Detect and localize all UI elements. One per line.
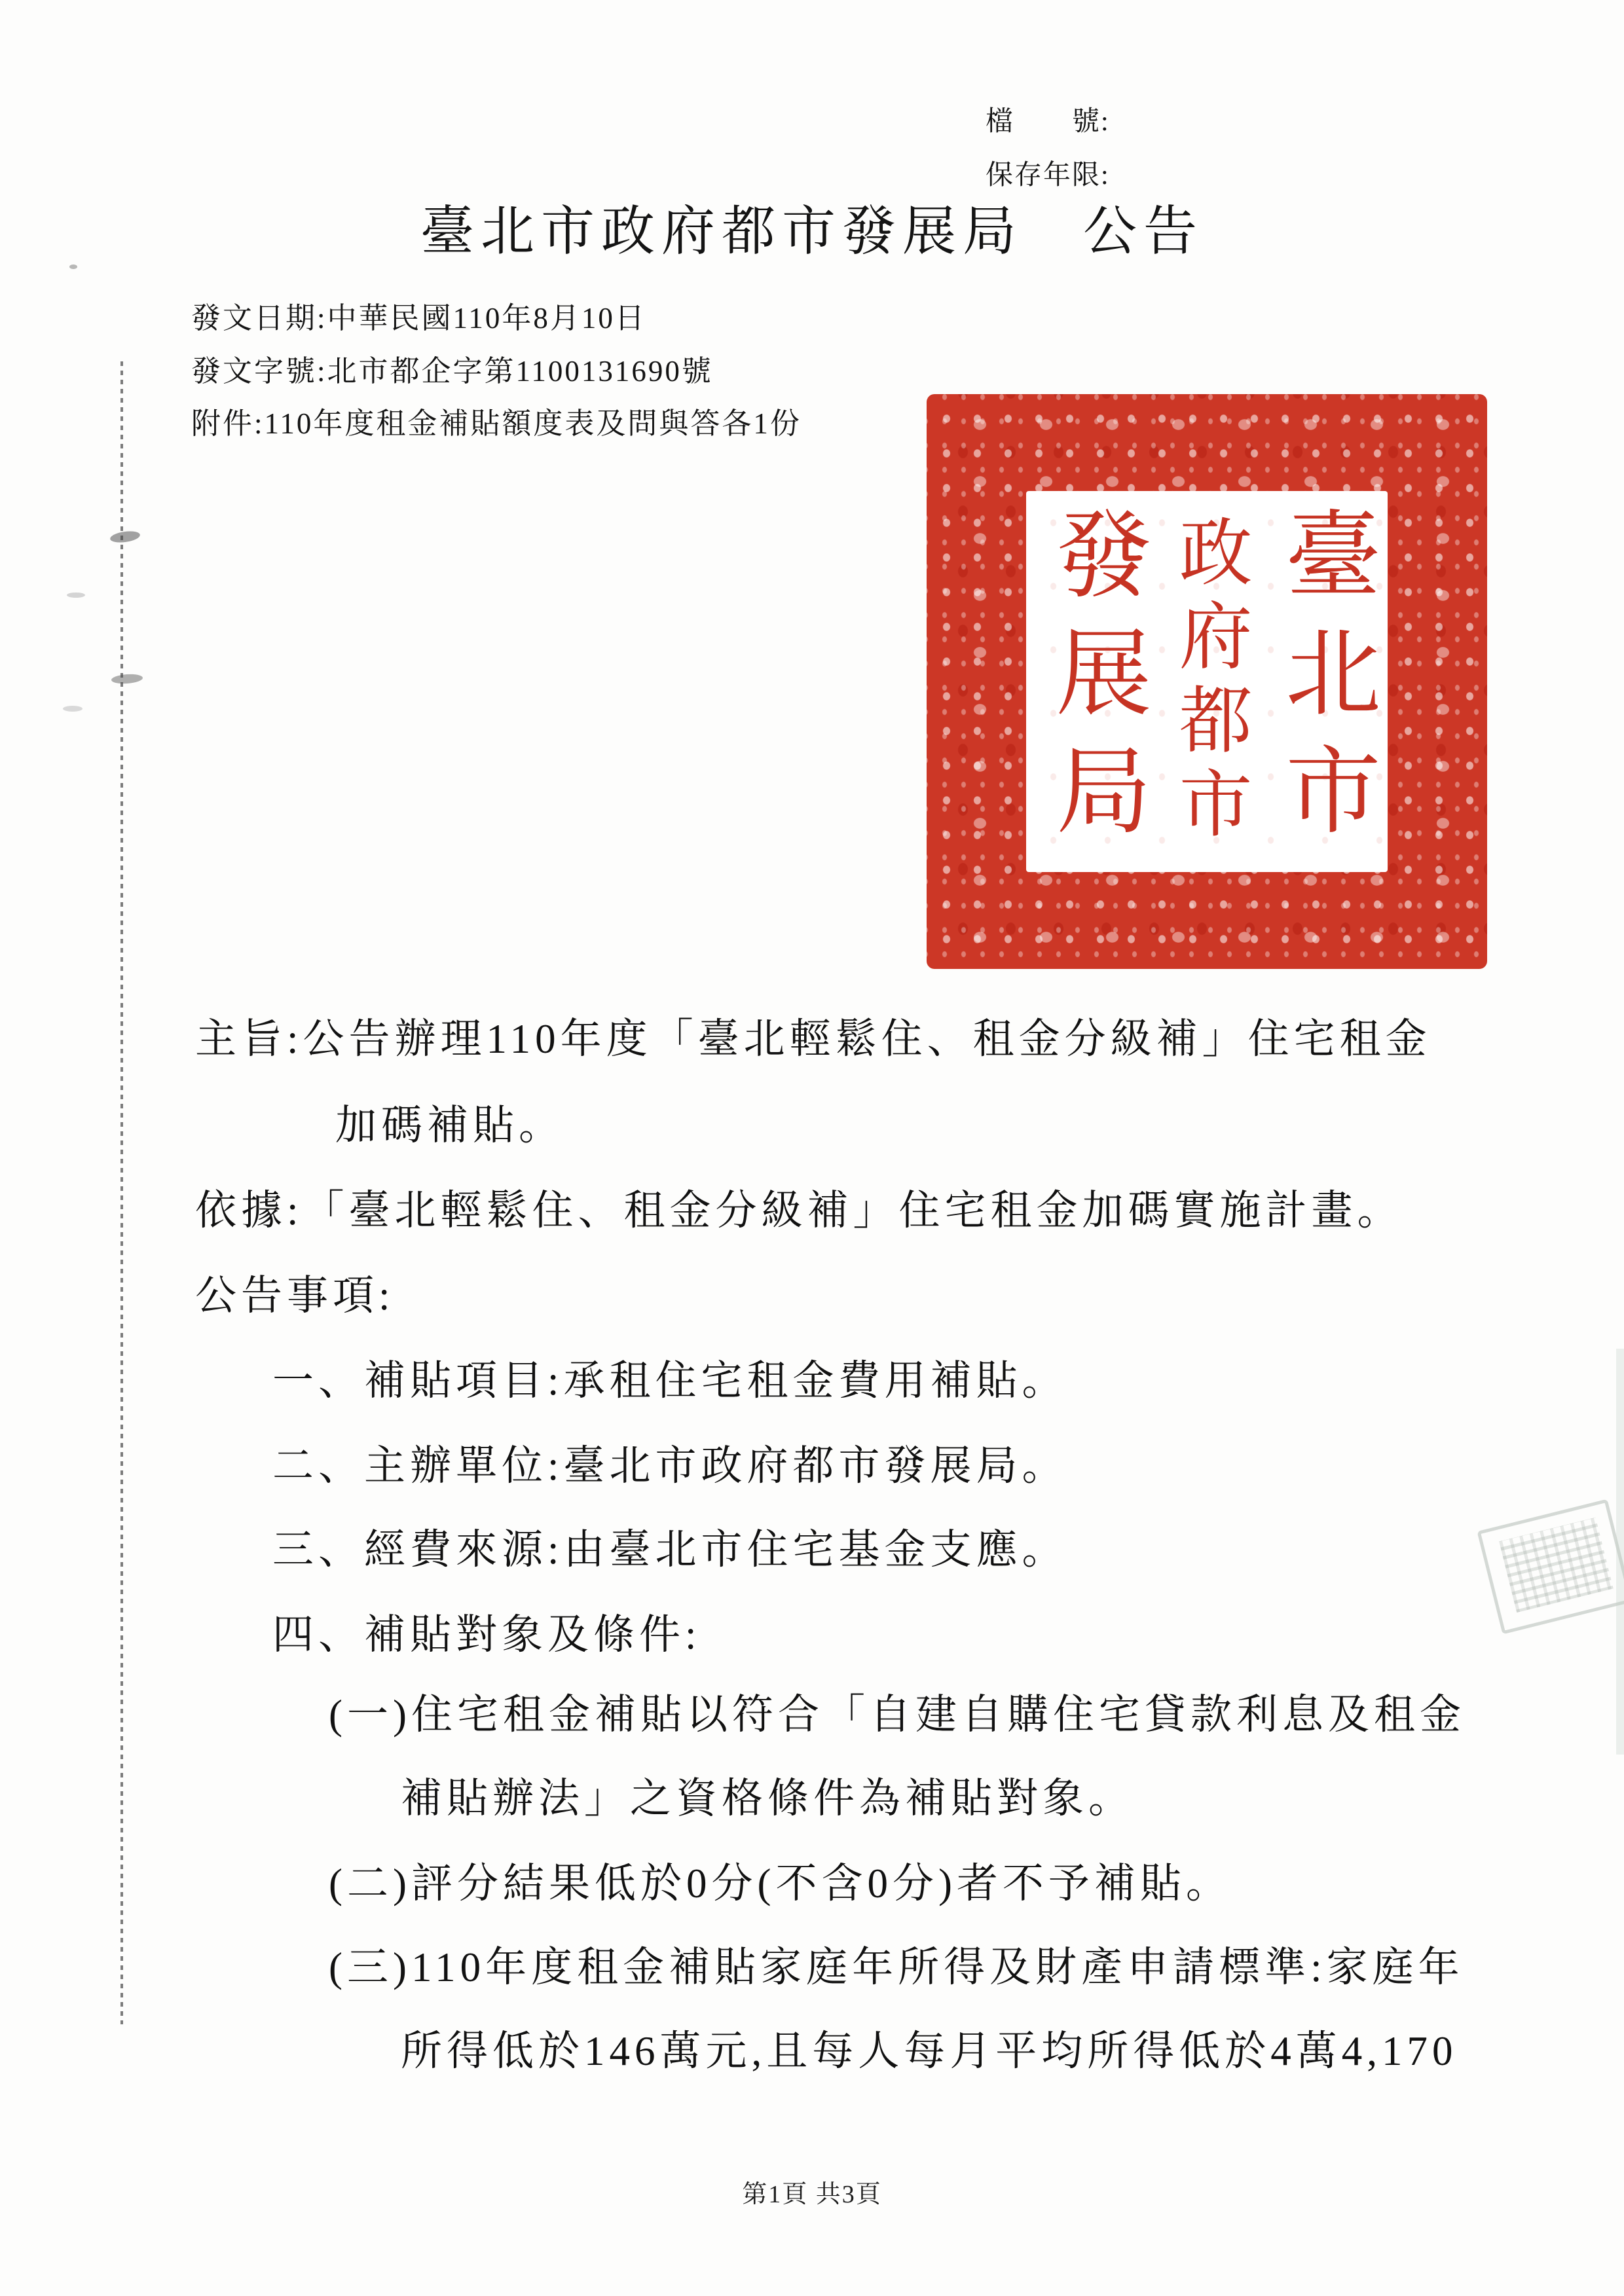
scan-artifact [67,592,85,598]
document-meta-block: 發文日期:中華民國110年8月10日 發文字號:北市都企字第1100131690… [191,292,802,450]
faint-edge-stamp [1477,1499,1624,1635]
scanned-announcement-page: 檔 號: 保存年限: 臺北市政府都市發展局 公告 發文日期:中華民國110年8月… [0,0,1624,2296]
subject-line-2: 加碼補貼。 [335,1092,564,1152]
subitem-2-line: (二)評分結果低於0分(不含0分)者不予補貼。 [329,1850,1232,1910]
file-number-label: 檔 號: [986,96,1110,149]
attachment-line: 附件:110年度租金補貼額度表及問與答各1份 [191,397,802,450]
basis-line: 依據:「臺北輕鬆住、租金分級補」住宅租金加碼實施計畫。 [195,1177,1403,1237]
scan-artifact [69,264,77,269]
item-3-funding-source: 三、經費來源:由臺北市住宅基金支應。 [272,1516,1068,1576]
official-seal: 臺北市 政府都市 發展局 [927,394,1487,969]
document-title: 臺北市政府都市發展局 公告 [0,189,1624,265]
seal-column-left: 發展局 [1039,496,1149,867]
announcement-section-heading: 公告事項: [195,1262,395,1322]
official-seal-inner: 臺北市 政府都市 發展局 [1026,491,1388,872]
scan-artifact [109,530,141,544]
scan-artifact [63,706,83,712]
subitem-3-line-1: (三)110年度租金補貼家庭年所得及財產申請標準:家庭年 [329,1934,1464,1994]
seal-column-middle: 政府都市 [1156,496,1262,867]
subject-line-1: 主旨:公告辦理110年度「臺北輕鬆住、租金分級補」住宅租金 [195,1006,1431,1065]
scan-edge-shade [1616,1349,1624,1755]
subitem-1-line-1: (一)住宅租金補貼以符合「自建自購住宅貸款利息及租金 [329,1681,1466,1741]
official-seal-text: 臺北市 政府都市 發展局 [1029,496,1385,867]
scan-binding-dotted-line [120,361,123,2024]
subitem-1-line-2: 補貼辦法」之資格條件為補貼對象。 [401,1765,1134,1825]
scan-artifact [111,673,143,684]
item-1-subsidy-program: 一、補貼項目:承租住宅租金費用補貼。 [272,1347,1068,1407]
page-indicator: 第1頁 共3頁 [0,2174,1624,2210]
doc-number-line: 發文字號:北市都企字第1100131690號 [191,345,802,398]
archive-corner-block: 檔 號: 保存年限: [986,96,1110,203]
issue-date-line: 發文日期:中華民國110年8月10日 [191,292,802,345]
subitem-3-line-2: 所得低於146萬元,且每人每月平均所得低於4萬4,170 [401,2018,1458,2077]
item-4-eligibility: 四、補貼對象及條件: [272,1601,701,1661]
seal-column-right: 臺北市 [1268,496,1378,867]
item-2-organizer: 二、主辦單位:臺北市政府都市發展局。 [272,1432,1068,1492]
